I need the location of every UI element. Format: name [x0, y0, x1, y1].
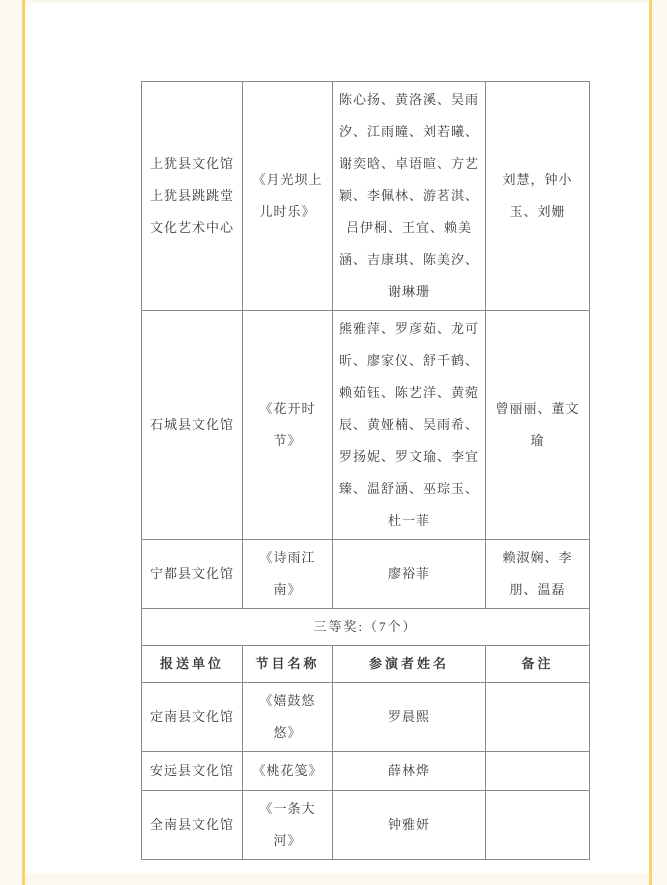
note-cell: [486, 791, 590, 860]
section-label: 三等奖:（7个）: [142, 609, 590, 646]
screenshot-root: { "page": { "background_color": "#fdf8ed…: [0, 0, 667, 885]
note-cell: 刘慧，钟小玉、刘姗: [486, 82, 590, 311]
performers-cell: 薛林烨: [333, 752, 486, 791]
column-header-program: 节目名称: [243, 646, 333, 683]
note-cell: [486, 752, 590, 791]
column-header-performers: 参演者姓名: [333, 646, 486, 683]
page-border-left-line: [22, 0, 25, 885]
program-cell: 《一条大河》: [243, 791, 333, 860]
award-row-ningdu: 宁都县文化馆 《诗雨江南》 廖裕菲 赖淑娴、李朋、温磊: [142, 540, 590, 609]
unit-cell: 石城县文化馆: [142, 311, 243, 540]
unit-cell: 上犹县文化馆 上犹县跳跳堂 文化艺术中心: [142, 82, 243, 311]
award-row-quannan: 全南县文化馆 《一条大河》 钟雅妍: [142, 791, 590, 860]
award-row-anyuan: 安远县文化馆 《桃花笺》 薛林烨: [142, 752, 590, 791]
section-row-third-prize: 三等奖:（7个）: [142, 609, 590, 646]
award-row-shicheng: 石城县文化馆 《花开时节》 熊雅萍、罗彦茹、龙可昕、廖家仪、舒千鹤、赖茹钰、陈艺…: [142, 311, 590, 540]
column-header-unit: 报送单位: [142, 646, 243, 683]
unit-cell: 宁都县文化馆: [142, 540, 243, 609]
program-cell: 《嬉鼓悠悠》: [243, 683, 333, 752]
unit-cell: 全南县文化馆: [142, 791, 243, 860]
performers-cell: 陈心扬、黄洛溪、吴雨汐、江雨瞳、刘若曦、谢奕晗、卓语暄、方艺颖、李佩林、游茗淇、…: [333, 82, 486, 311]
awards-table: 上犹县文化馆 上犹县跳跳堂 文化艺术中心 《月光坝上儿时乐》 陈心扬、黄洛溪、吴…: [141, 81, 590, 860]
program-cell: 《月光坝上儿时乐》: [243, 82, 333, 311]
unit-cell: 安远县文化馆: [142, 752, 243, 791]
page-border-right-line: [649, 0, 652, 885]
performers-cell: 钟雅妍: [333, 791, 486, 860]
note-cell: [486, 683, 590, 752]
unit-cell: 定南县文化馆: [142, 683, 243, 752]
program-cell: 《花开时节》: [243, 311, 333, 540]
award-row-shangyou: 上犹县文化馆 上犹县跳跳堂 文化艺术中心 《月光坝上儿时乐》 陈心扬、黄洛溪、吴…: [142, 82, 590, 311]
award-row-dingnan: 定南县文化馆 《嬉鼓悠悠》 罗晨熙: [142, 683, 590, 752]
performers-cell: 罗晨熙: [333, 683, 486, 752]
column-header-note: 备注: [486, 646, 590, 683]
note-cell: 赖淑娴、李朋、温磊: [486, 540, 590, 609]
program-cell: 《诗雨江南》: [243, 540, 333, 609]
performers-cell: 廖裕菲: [333, 540, 486, 609]
performers-cell: 熊雅萍、罗彦茹、龙可昕、廖家仪、舒千鹤、赖茹钰、陈艺洋、黄菀辰、黄娅楠、吴雨希、…: [333, 311, 486, 540]
awards-table-body: 上犹县文化馆 上犹县跳跳堂 文化艺术中心 《月光坝上儿时乐》 陈心扬、黄洛溪、吴…: [142, 82, 590, 860]
note-cell: 曾丽丽、董文瑜: [486, 311, 590, 540]
table-header-row: 报送单位 节目名称 参演者姓名 备注: [142, 646, 590, 683]
program-cell: 《桃花笺》: [243, 752, 333, 791]
document-page: 上犹县文化馆 上犹县跳跳堂 文化艺术中心 《月光坝上儿时乐》 陈心扬、黄洛溪、吴…: [25, 3, 649, 873]
